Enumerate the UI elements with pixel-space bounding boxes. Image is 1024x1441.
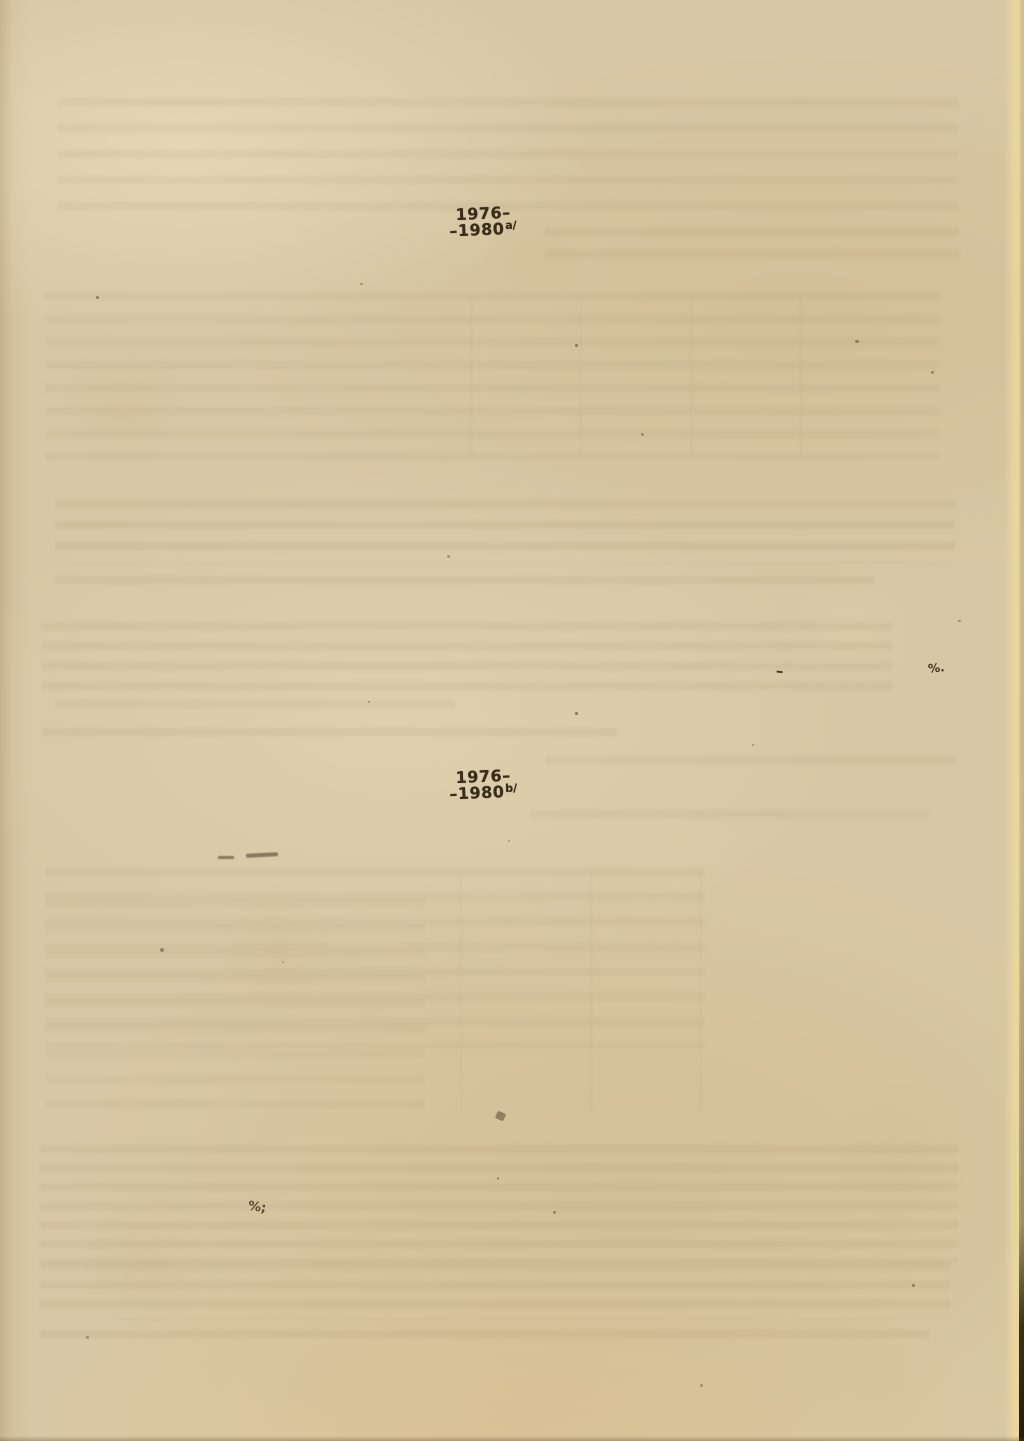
ink-speck [86,1336,89,1339]
ink-speck [96,296,99,299]
ghost-table-rule [580,295,582,455]
ghost-text-block [55,500,955,564]
stamp-a-line2: –1980a/ [449,219,517,238]
ghost-text-block [545,228,960,272]
ghost-text-block [530,810,930,824]
page-left-shadow [0,0,12,1441]
ink-speck [641,433,644,436]
ghost-table-rule [700,872,702,1112]
ghost-text-block [42,622,892,702]
stray-percent-mark: %. [927,660,945,676]
stray-dash-line [218,856,234,859]
ink-speck [575,344,578,347]
page-bottom-shadow [0,1436,1024,1441]
ghost-text-block [40,1262,950,1320]
ghost-text-block [42,728,617,742]
ghost-table-block [45,292,940,460]
ink-speck [508,840,510,842]
ghost-table-rule [590,872,592,1112]
ink-speck [360,283,363,285]
ghost-text-block [40,1330,930,1344]
ink-speck [160,948,164,952]
scanned-page: 1976– –1980a/ 1976– –1980b/ – %. %; [0,0,1024,1441]
ghost-text-block [545,756,955,770]
year-range-stamp-b: 1976– –1980b/ [448,769,517,801]
stamp-a-footnote-superscript: a/ [505,219,517,232]
ghost-table-rule [460,872,462,1112]
ink-speck [553,1211,556,1214]
ghost-table-block [45,900,425,1110]
ghost-text-block [40,1145,958,1263]
ink-speck [958,620,961,622]
ghost-text-block [55,700,455,712]
ink-speck [282,961,284,963]
ink-speck [912,1284,915,1287]
ink-speck [368,701,370,703]
page-edge-shadow [1019,0,1024,1441]
ink-speck [497,1177,499,1180]
ink-speck [575,712,578,715]
ghost-table-rule [800,295,802,455]
ink-speck [855,340,859,343]
ink-speck [931,371,934,374]
ghost-text-block [55,576,875,590]
ghost-table-rule [690,295,692,455]
ghost-text-block [58,98,958,210]
stamp-b-line2: –1980b/ [449,782,518,801]
ink-speck [447,555,450,558]
ghost-table-rule [470,295,472,455]
stamp-b-footnote-superscript: b/ [505,782,517,796]
ink-speck [752,744,754,746]
ink-speck [700,1384,703,1387]
year-range-stamp-a: 1976– –1980a/ [448,206,517,238]
stray-percent-smudge: %; [247,1199,267,1216]
